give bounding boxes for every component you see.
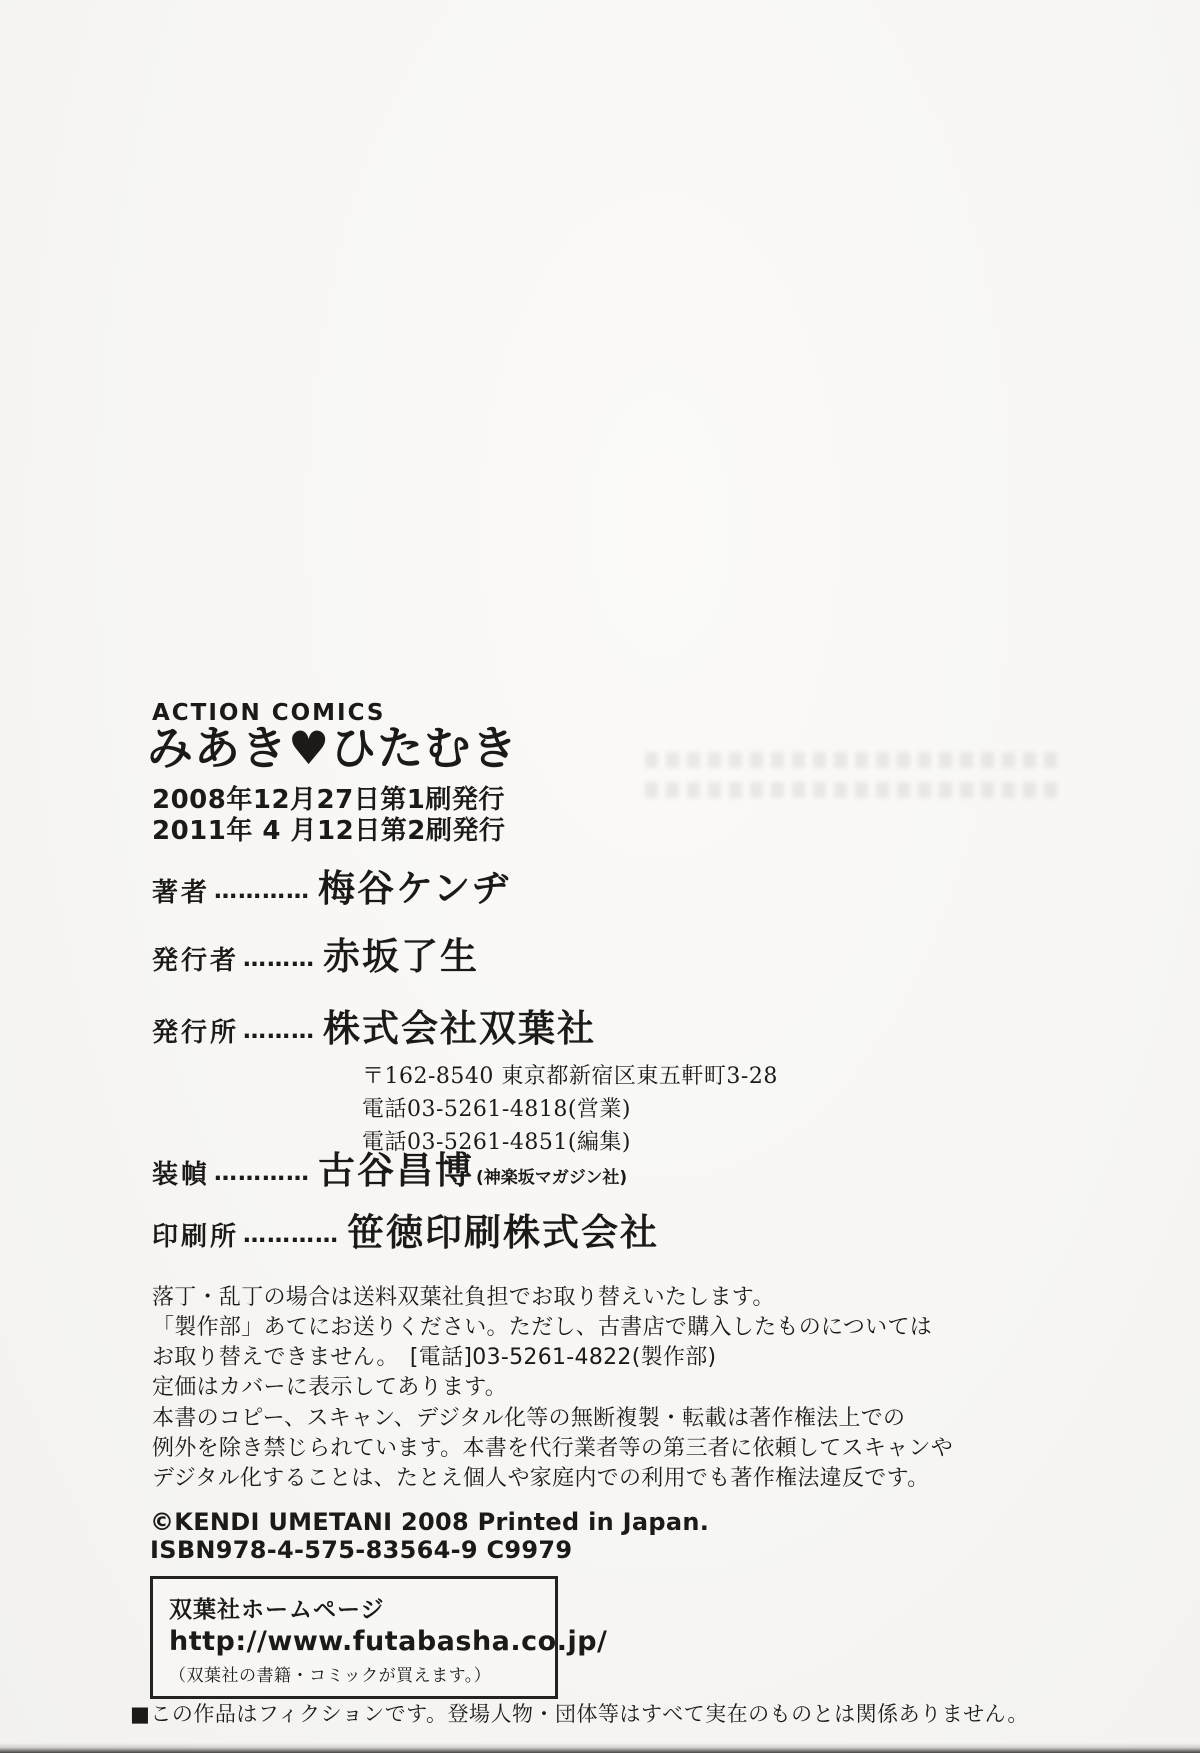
credit-label: 装幀 [152, 1154, 210, 1191]
designer-affiliation: (神楽坂マガジン社) [476, 1163, 627, 1188]
credit-label: 発行者 [152, 940, 239, 977]
copyright-isbn-block: ©KENDI UMETANI 2008 Printed in Japan. IS… [150, 1508, 709, 1564]
notice-line: 例外を除き禁じられています。本書を代行業者等の第三者に依頼してスキャンや [152, 1434, 953, 1464]
reverse-page-bleed-through [645, 752, 1060, 812]
notice-line: 本書のコピー、スキャン、デジタル化等の無断複製・転載は著作権法上での [152, 1404, 953, 1434]
colophon-page: ACTION COMICS みあき♥ひたむき 2008年12月27日第1刷発行 … [0, 0, 1200, 1753]
dot-leader: ………… [214, 878, 310, 904]
publishing-house-name: 株式会社双葉社 [323, 998, 596, 1052]
homepage-url: http://www.futabasha.co.jp/ [169, 1626, 539, 1657]
second-printing-date: 2011年 4 月12日第2刷発行 [152, 816, 505, 847]
book-title: みあき♥ひたむき [147, 724, 518, 772]
credit-row-printer: 印刷所 ………… 笹徳印刷株式会社 [152, 1202, 659, 1256]
isbn-line: ISBN978-4-575-83564-9 C9979 [150, 1536, 709, 1564]
author-name: 梅谷ケンヂ [318, 858, 511, 912]
notice-line: 落丁・乱丁の場合は送料双葉社負担でお取り替えいたします。 [152, 1283, 932, 1313]
notice-line: デジタル化することは、たとえ個人や家庭内での利用でも著作権法違反です。 [152, 1464, 953, 1494]
dot-leader: ……… [243, 1018, 315, 1044]
printing-dates: 2008年12月27日第1刷発行 2011年 4 月12日第2刷発行 [152, 785, 505, 847]
printer-name: 笹徳印刷株式会社 [347, 1202, 659, 1256]
fiction-disclaimer: ■この作品はフィクションです。登場人物・団体等はすべて実在のものとは関係ありませ… [130, 1698, 1029, 1728]
replacement-notice: 落丁・乱丁の場合は送料双葉社負担でお取り替えいたします。 「製作部」あてにお送り… [152, 1283, 932, 1403]
bleed-line [645, 752, 1060, 768]
credit-row-designer: 装幀 ………… 古谷昌博 (神楽坂マガジン社) [152, 1140, 627, 1194]
credit-row-publishing-house: 発行所 ……… 株式会社双葉社 〒162-8540 東京都新宿区東五軒町3-28… [152, 998, 778, 1159]
homepage-box-title: 双葉社ホームページ [169, 1591, 539, 1624]
first-printing-date: 2008年12月27日第1刷発行 [152, 785, 505, 816]
bleed-line [645, 782, 1060, 798]
notice-line: 定価はカバーに表示してあります。 [152, 1373, 932, 1403]
credit-label: 印刷所 [152, 1216, 239, 1253]
scan-bottom-edge [0, 1743, 1200, 1753]
phone-sales: 電話03-5261-4818(営業) [362, 1093, 778, 1126]
homepage-note: （双葉社の書籍・コミックが買えます。） [169, 1661, 539, 1686]
notice-line: お取り替えできません。 [電話]03-5261-4822(製作部) [152, 1343, 932, 1373]
dot-leader: ………… [214, 1160, 310, 1186]
credit-row-publisher: 発行者 ……… 赤坂了生 [152, 926, 479, 980]
credit-label: 著者 [152, 872, 210, 909]
dot-leader: ……… [243, 946, 315, 972]
copyright-line: ©KENDI UMETANI 2008 Printed in Japan. [150, 1508, 709, 1536]
credit-label: 発行所 [152, 1012, 239, 1049]
copyright-law-notice: 本書のコピー、スキャン、デジタル化等の無断複製・転載は著作権法上での 例外を除き… [152, 1404, 953, 1494]
dot-leader: ………… [243, 1222, 339, 1248]
designer-name: 古谷昌博 [318, 1140, 474, 1194]
credit-row-author: 著者 ………… 梅谷ケンヂ [152, 858, 511, 912]
notice-line: 「製作部」あてにお送りください。ただし、古書店で購入したものについては [152, 1313, 932, 1343]
publisher-homepage-box: 双葉社ホームページ http://www.futabasha.co.jp/ （双… [150, 1576, 558, 1699]
publisher-name: 赤坂了生 [323, 926, 479, 980]
postal-address: 〒162-8540 東京都新宿区東五軒町3-28 [362, 1060, 778, 1093]
